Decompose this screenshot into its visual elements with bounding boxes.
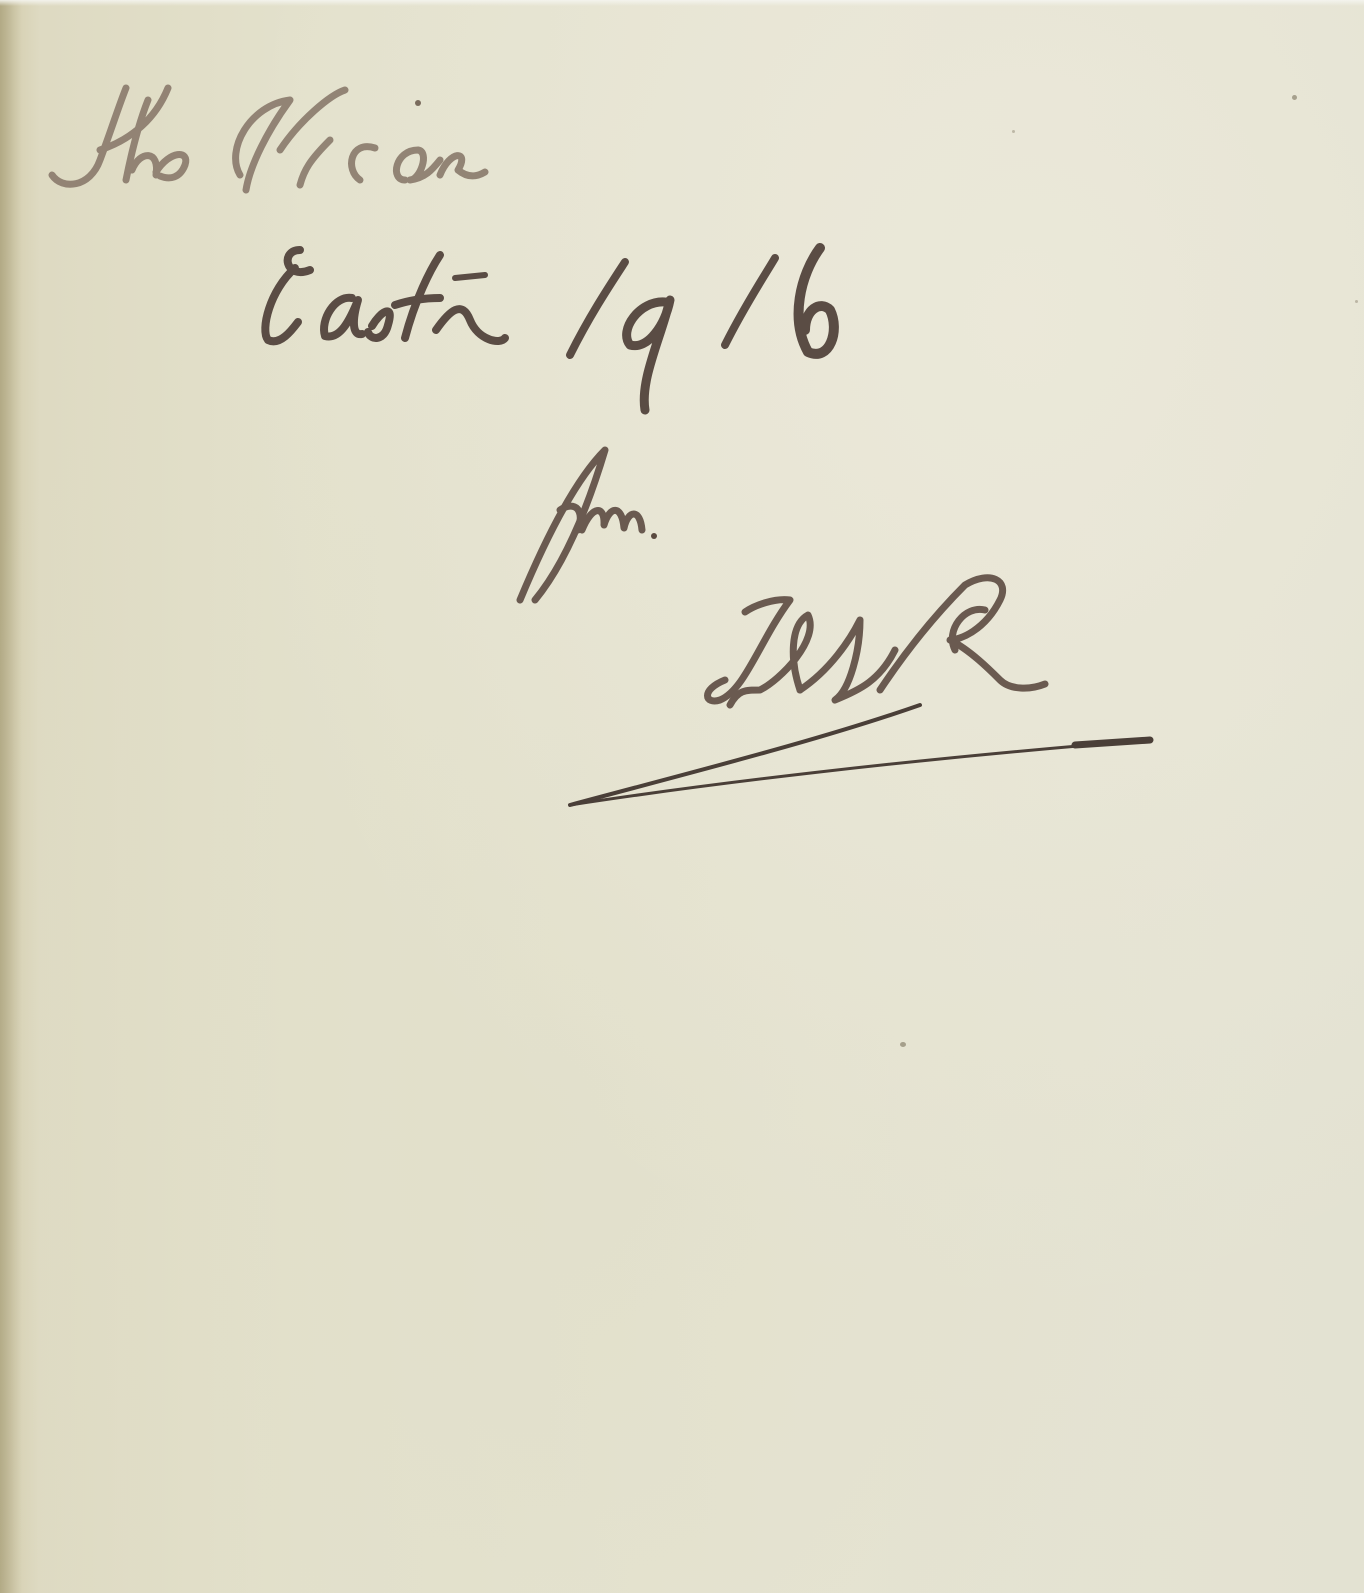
handwritten-inscription <box>0 0 1364 1593</box>
paper-speck <box>1292 95 1297 100</box>
signature-underline <box>570 705 1150 805</box>
paper-speck <box>1355 300 1358 303</box>
inscription-line-date <box>265 248 834 410</box>
inscription-line-from <box>520 450 657 600</box>
inscription-line-recipient <box>52 88 485 190</box>
paper-speck <box>900 1042 906 1047</box>
paper-speck <box>1012 130 1015 133</box>
book-flyleaf-page: The Vicar Easter 1916 from JLR <box>0 0 1364 1593</box>
inscription-signature <box>708 578 1046 705</box>
